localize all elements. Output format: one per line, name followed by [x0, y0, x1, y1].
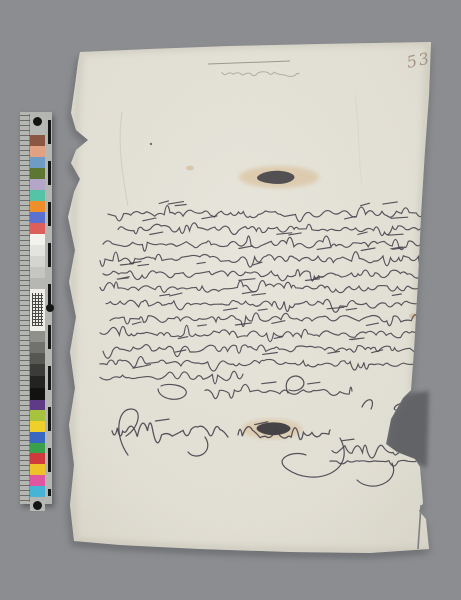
paper-texture — [60, 35, 440, 565]
small-stain — [436, 244, 444, 256]
small-stain — [186, 166, 194, 171]
ink-speck — [150, 143, 152, 145]
archival-scan: 532 — [0, 0, 461, 600]
manuscript-scan-canvas: 532 — [0, 0, 461, 600]
